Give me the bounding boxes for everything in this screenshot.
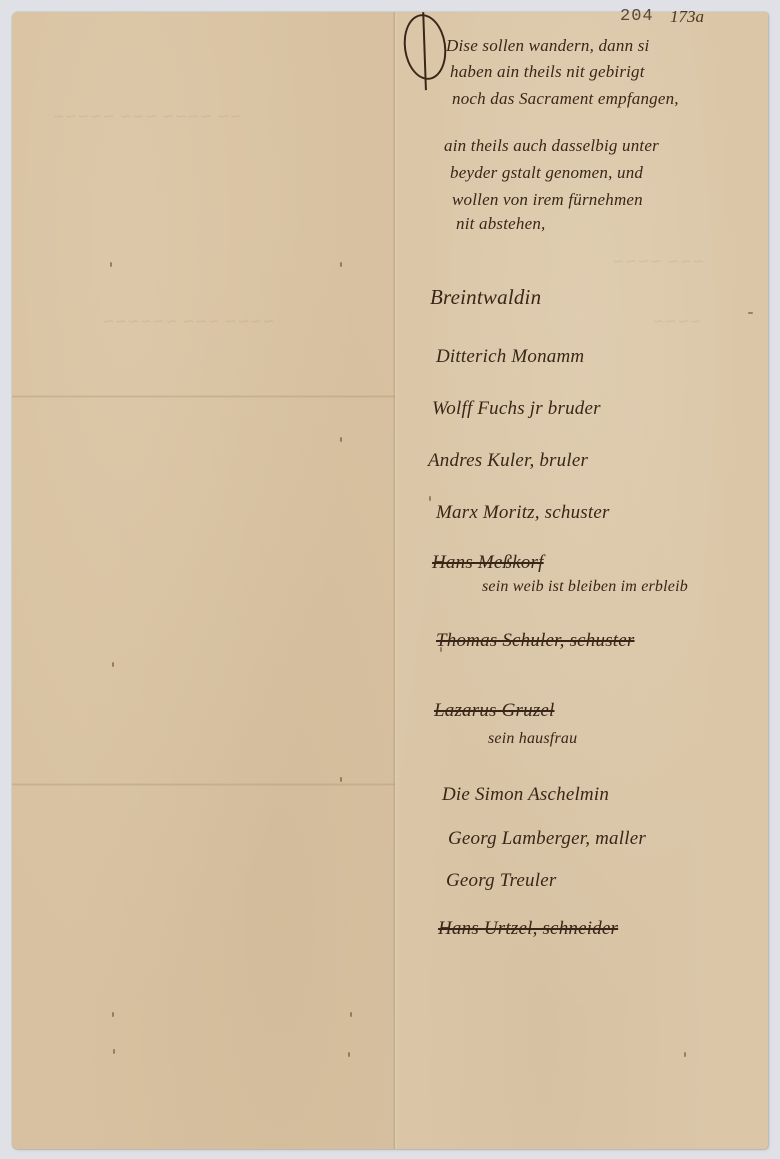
list-entry-struck: Hans Meßkorf: [432, 552, 544, 574]
bleed-through-text: ~~ ~~~~ ~~~ ~~~~~: [52, 107, 242, 125]
paper-speck: [684, 1052, 686, 1057]
bleed-through-text: ~~~ ~~~~: [612, 252, 705, 270]
heading-line: Dise sollen wandern, dann si: [446, 36, 649, 56]
paper-speck: [112, 1012, 114, 1017]
paper-speck: [340, 437, 342, 442]
left-page-blank: [12, 12, 395, 1149]
list-entry-struck: Thomas Schuler, schuster: [436, 630, 635, 652]
folio-number-stamped: 204: [620, 7, 654, 26]
heading-line: nit abstehen,: [456, 214, 545, 234]
heading-line: noch das Sacrament empfangen,: [452, 89, 679, 109]
list-entry: Die Simon Aschelmin: [442, 784, 609, 806]
list-entry: Andres Kuler, bruler: [428, 450, 588, 472]
list-entry-note: sein hausfrau: [488, 730, 577, 748]
paper-speck: [110, 262, 112, 267]
paper-speck: [748, 312, 753, 314]
list-entry: Georg Lamberger, maller: [448, 828, 646, 850]
paper-speck: [340, 262, 342, 267]
paper-speck: [429, 496, 431, 501]
section-title: Breintwaldin: [430, 285, 541, 310]
center-fold: [393, 12, 397, 1149]
paper-speck: [113, 1049, 115, 1054]
list-entry: Marx Moritz, schuster: [436, 502, 610, 524]
list-entry-note: sein weib ist bleiben im erbleib: [482, 578, 688, 596]
heading-line: beyder gstalt genomen, und: [450, 163, 643, 183]
horizontal-fold-upper: [12, 395, 395, 398]
heading-line: ain theils auch dasselbig unter: [444, 136, 659, 156]
list-entry-struck: Lazarus Gruzel: [434, 700, 555, 722]
horizontal-fold-lower: [12, 783, 395, 786]
paper-speck: [348, 1052, 350, 1057]
bleed-through-text: ~~~~ ~~~ ~~~~~~: [102, 312, 275, 330]
list-entry-struck: Hans Urtzel, schneider: [438, 918, 618, 940]
list-entry: Georg Treuler: [446, 870, 556, 892]
list-entry: Ditterich Monamm: [436, 346, 584, 368]
bleed-through-text: ~~~~: [652, 312, 702, 330]
manuscript-scan: ~~ ~~~~ ~~~ ~~~~~ ~~~~ ~~~ ~~~~~~ ~~~ ~~…: [0, 0, 780, 1159]
folio-number-handwritten: 173a: [670, 7, 704, 27]
list-entry: Wolff Fuchs jr bruder: [432, 398, 601, 420]
paper-speck: [112, 662, 114, 667]
heading-line: haben ain theils nit gebirigt: [450, 62, 645, 82]
paper-speck: [350, 1012, 352, 1017]
heading-line: wollen von irem fürnehmen: [452, 190, 643, 210]
paper-speck: [340, 777, 342, 782]
